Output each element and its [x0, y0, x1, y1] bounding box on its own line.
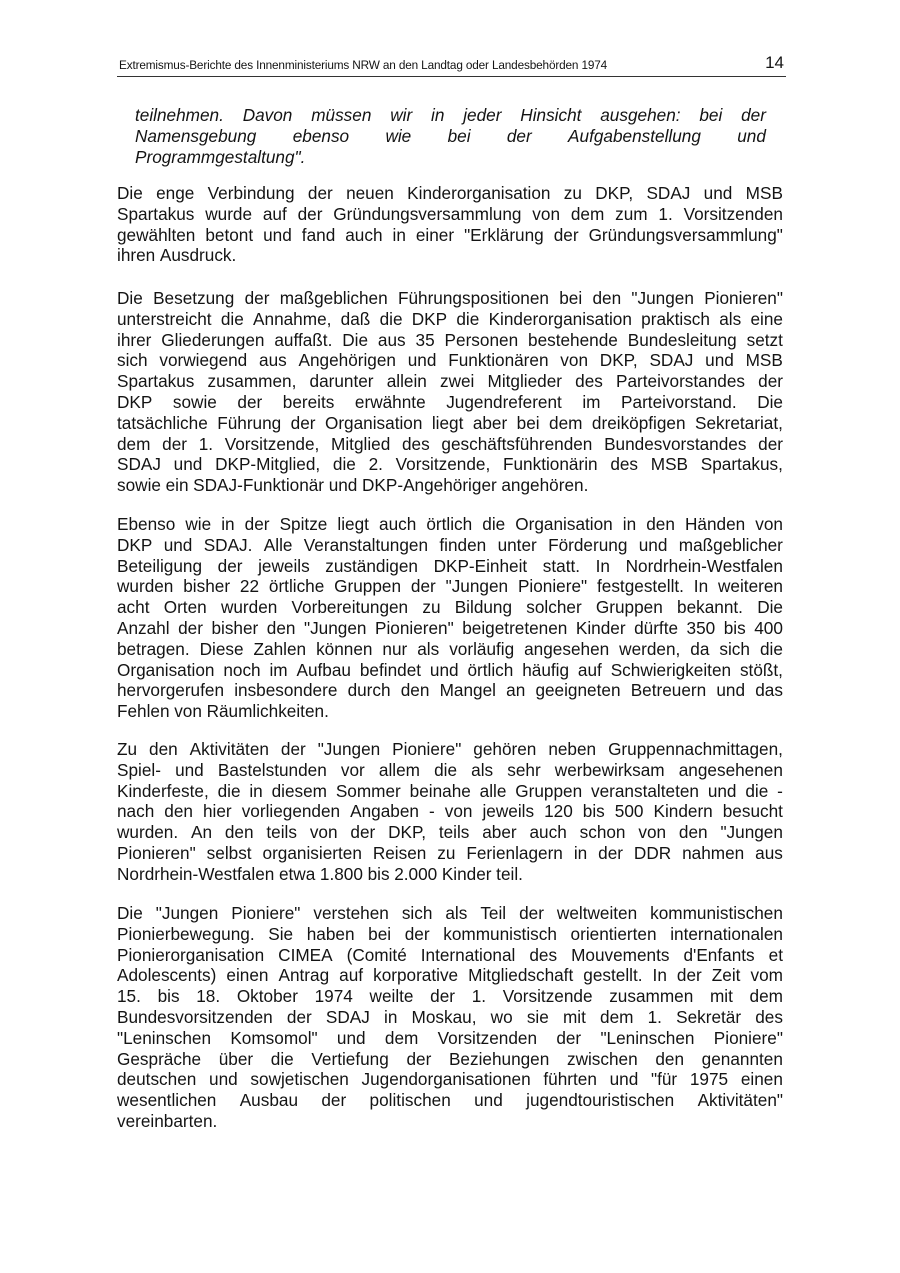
text-line: Anzahlderbisherden"JungenPionieren"beige… [117, 618, 783, 639]
text-line: BeteiligungderjeweilszuständigenDKP-Einh… [117, 556, 783, 577]
text-line: betragen.DieseZahlenkönnennuralsvorläufi… [117, 639, 783, 660]
text-line: SpartakuswurdeaufderGründungsversammlung… [117, 204, 783, 225]
text-line: ihrenAusdruck. [117, 245, 783, 266]
page-number: 14 [765, 53, 784, 73]
text-line: Pionierbewegung.Siehabenbeiderkommunisti… [117, 924, 783, 945]
text-line: tatsächlicheFührungderOrganisationliegta… [117, 413, 783, 434]
text-line: Nordrhein-Westfalenetwa1.800bis2.000Kind… [117, 864, 783, 885]
text-line: DieBesetzungdermaßgeblichenFührungsposit… [117, 288, 783, 309]
text-line: FehlenvonRäumlichkeiten. [117, 701, 783, 722]
text-line: nachdenhiervorliegendenAngaben-vonjeweil… [117, 801, 783, 822]
text-line: achtOrtenwurdenVorbereitungenzuBildungso… [117, 597, 783, 618]
paragraph-quote: teilnehmen.DavonmüssenwirinjederHinsicht… [135, 105, 766, 167]
text-line: SDAJundDKP-Mitglied,die2.Vorsitzende,Fun… [117, 454, 783, 475]
text-line: sowieeinSDAJ-FunktionärundDKP-Angehörige… [117, 475, 783, 496]
text-line: vereinbarten. [117, 1111, 783, 1132]
text-line: OrganisationnochimAufbaubefindetundörtli… [117, 660, 783, 681]
text-line: ZudenAktivitätender"JungenPioniere"gehör… [117, 739, 783, 760]
text-line: Spartakuszusammen,darunteralleinzweiMitg… [117, 371, 783, 392]
paragraph-5: Die"JungenPioniere"verstehensichalsTeild… [117, 903, 783, 1132]
text-line: ihrerGliederungenauffaßt.Dieaus35Persone… [117, 330, 783, 351]
text-line: DieengeVerbindungderneuenKinderorganisat… [117, 183, 783, 204]
text-line: "LeninschenKomsomol"unddemVorsitzendende… [117, 1028, 783, 1049]
text-line: sichvorwiegendausAngehörigenundFunktionä… [117, 350, 783, 371]
header-title: Extremismus-Berichte des Innenministeriu… [119, 58, 607, 72]
text-line: Spiel-undBastelstundenvorallemdiealssehr… [117, 760, 783, 781]
text-line: Die"JungenPioniere"verstehensichalsTeild… [117, 903, 783, 924]
text-line: demder1.Vorsitzende,Mitglieddesgeschäfts… [117, 434, 783, 455]
text-line: Pionieren"selbstorganisiertenReisenzuFer… [117, 843, 783, 864]
text-line: GesprächeüberdieVertiefungderBeziehungen… [117, 1049, 783, 1070]
text-line: 15.bis18.Oktober1974weilteder1.Vorsitzen… [117, 986, 783, 1007]
text-line: Kinderfeste,dieindiesemSommerbeinahealle… [117, 781, 783, 802]
text-line: hervorgerufeninsbesonderedurchdenMangela… [117, 680, 783, 701]
text-line: deutschenundsowjetischenJugendorganisati… [117, 1069, 783, 1090]
text-line: DKPsowiederbereitserwähnteJugendreferent… [117, 392, 783, 413]
paragraph-2: DieBesetzungdermaßgeblichenFührungsposit… [117, 288, 783, 496]
text-line: teilnehmen.DavonmüssenwirinjederHinsicht… [135, 105, 766, 126]
text-line: wurdenbisher22örtlicheGruppender"JungenP… [117, 576, 783, 597]
text-line: NamensgebungebensowiebeiderAufgabenstell… [135, 126, 766, 147]
text-line: BundesvorsitzendenderSDAJinMoskau,wosiem… [117, 1007, 783, 1028]
text-line: wurden.AndenteilsvonderDKP,teilsaberauch… [117, 822, 783, 843]
paragraph-3: EbensowieinderSpitzeliegtauchörtlichdieO… [117, 514, 783, 722]
running-header: Extremismus-Berichte des Innenministeriu… [117, 52, 786, 77]
text-line: Programmgestaltung". [135, 147, 766, 168]
text-line: unterstreichtdieAnnahme,daßdieDKPdieKind… [117, 309, 783, 330]
text-line: wesentlichenAusbauderpolitischenundjugen… [117, 1090, 783, 1111]
text-line: Adolescents)einenAntragaufkorporativeMit… [117, 965, 783, 986]
text-line: gewähltenbetontundfandauchineiner"Erklär… [117, 225, 783, 246]
text-line: DKPundSDAJ.AlleVeranstaltungenfindenunte… [117, 535, 783, 556]
paragraph-1: DieengeVerbindungderneuenKinderorganisat… [117, 183, 783, 266]
text-line: PionierorganisationCIMEA(ComitéInternati… [117, 945, 783, 966]
text-line: EbensowieinderSpitzeliegtauchörtlichdieO… [117, 514, 783, 535]
paragraph-4: ZudenAktivitätender"JungenPioniere"gehör… [117, 739, 783, 885]
